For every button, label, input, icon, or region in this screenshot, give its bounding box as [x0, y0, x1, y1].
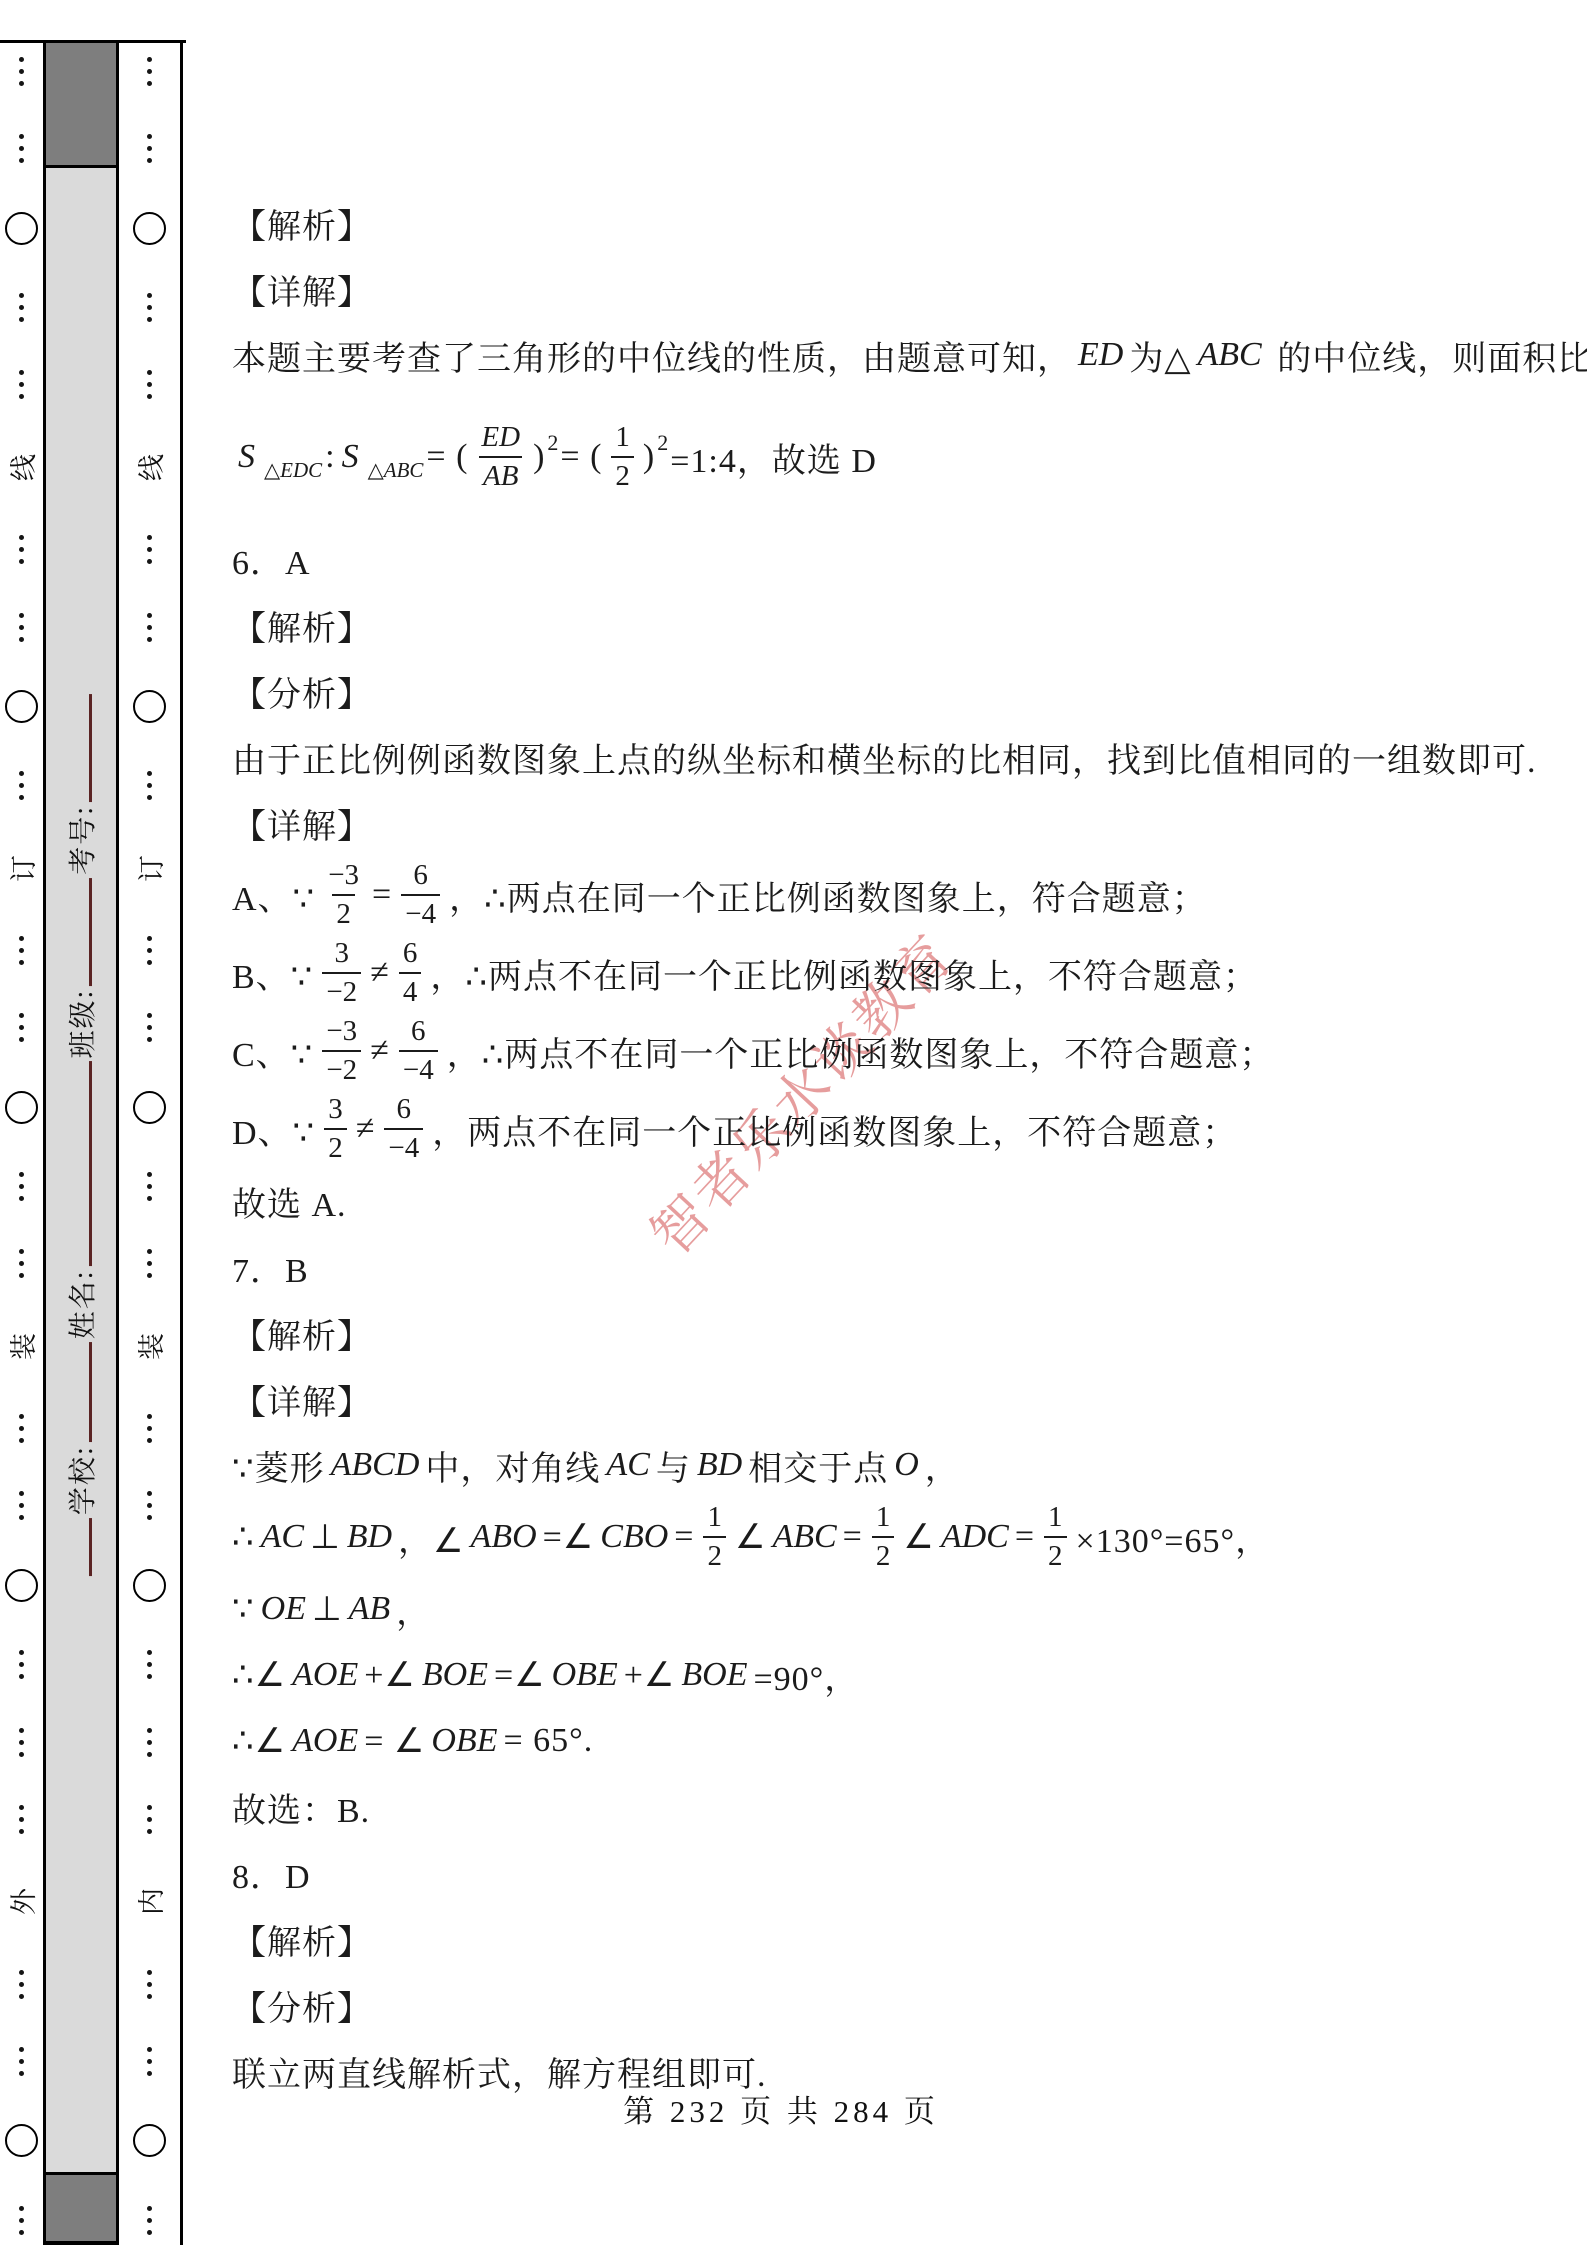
text-run: AOE [292, 1656, 358, 1694]
fraction: 12 [1044, 1503, 1067, 1571]
text-run: ABC [772, 1518, 836, 1556]
content-line: S△EDC:S△ABC= (EDAB)2= (12)2=1:4，故选 D [232, 388, 1553, 526]
text-run: △ABC [368, 458, 424, 483]
dotted-line-segment [147, 1970, 152, 1999]
text-run: ≠ [370, 1032, 390, 1070]
text-run: 故选 A. [232, 1177, 347, 1226]
text-run: ) [533, 438, 545, 476]
text-run: 的中位线，则面积比 [1268, 331, 1587, 380]
text-run: = [1015, 1518, 1035, 1556]
fraction: EDAB [477, 423, 524, 491]
dotted-line-segment [147, 535, 152, 564]
text-run: CBO [600, 1518, 668, 1556]
content-line: D、∵32≠6−4，两点不在同一个正比例函数图象上，不符合题意； [232, 1090, 1553, 1168]
dotted-line-segment [147, 613, 152, 642]
fraction: 64 [399, 939, 422, 1007]
text-run: S [238, 438, 255, 476]
dotted-line-segment [147, 1414, 152, 1443]
text-run: BOE [422, 1656, 488, 1694]
text-run: ，∴两点不在同一个正比例函数图象上，不符合题意； [447, 1027, 1275, 1076]
dotted-line-segment [19, 1172, 24, 1201]
dotted-line-segment [19, 613, 24, 642]
exam-answer-page: 线订装外 学校:姓名:班级:考号: 线订装内 智者乐水谈教育 【解析】【详解】本… [0, 0, 1587, 2245]
text-run: ED [1078, 336, 1123, 374]
text-run: 【解析】 [232, 1915, 372, 1964]
text-run: ABO [471, 1518, 537, 1556]
dotted-line-segment [19, 1805, 24, 1834]
content-line: 【解析】 [232, 1906, 1553, 1972]
text-run: 【详解】 [232, 1375, 372, 1424]
field-label: 学校: [61, 1445, 101, 1515]
binding-char: 线 [130, 454, 169, 481]
text-run: =∠ [543, 1517, 595, 1557]
binding-char: 内 [130, 1888, 169, 1915]
punch-hole-circle [5, 690, 38, 723]
dotted-line-segment [19, 370, 24, 399]
content-line: 7．B [232, 1234, 1553, 1300]
dotted-line-segment [147, 293, 152, 322]
text-run: = [372, 876, 392, 914]
text-run: 故选：B. [232, 1783, 370, 1832]
text-run: ∵ [232, 1589, 255, 1629]
dotted-line-segment [147, 57, 152, 86]
dotted-line-segment [147, 1650, 152, 1679]
text-run: ×130°=65°， [1076, 1513, 1271, 1562]
dotted-line-segment [147, 1249, 152, 1278]
student-info-strip: 学校:姓名:班级:考号: [46, 43, 119, 2245]
binding-char: 订 [130, 855, 169, 882]
fraction: 12 [872, 1503, 895, 1571]
text-run: D、∵ [232, 1105, 315, 1154]
dotted-line-segment [147, 1805, 152, 1834]
content-line: 8．D [232, 1840, 1553, 1906]
gray-block-top [46, 43, 116, 168]
text-run: ，∠ [398, 1513, 464, 1562]
text-run: 2 [657, 430, 668, 456]
dotted-line-segment [147, 134, 152, 163]
dotted-line-segment [19, 1249, 24, 1278]
fraction: −3−2 [322, 1017, 361, 1085]
text-run: =90°， [753, 1651, 859, 1700]
dotted-line-segment [147, 2206, 152, 2235]
fraction: 12 [703, 1503, 726, 1571]
text-run: 8．D [232, 1849, 311, 1898]
text-run: OBE [552, 1656, 618, 1694]
text-run: : [325, 438, 335, 476]
text-run: =1:4，故选 D [670, 433, 877, 482]
text-run: ∠ [735, 1517, 766, 1557]
dotted-line-segment [147, 936, 152, 965]
content-line: 由于正比例例函数图象上点的纵坐标和横坐标的比相同，找到比值相同的一组数即可. [232, 724, 1553, 790]
text-run: A、∵ [232, 871, 315, 920]
dotted-line-segment [147, 2047, 152, 2076]
text-run: ADC [941, 1518, 1009, 1556]
blank-underline [89, 878, 92, 986]
gray-block-bottom [46, 2172, 116, 2245]
content-line: A、∵−32=6−4，∴两点在同一个正比例函数图象上，符合题意； [232, 856, 1553, 934]
blank-underline [89, 694, 92, 802]
dotted-line-segment [19, 1970, 24, 1999]
punch-hole-circle [133, 690, 166, 723]
content-line: ∵OE⊥AB， [232, 1576, 1553, 1642]
content-line: 故选：B. [232, 1774, 1553, 1840]
fraction: −32 [324, 861, 363, 929]
field-label: 班级: [61, 989, 101, 1059]
text-run: = [674, 1518, 694, 1556]
field-label: 姓名: [61, 1270, 101, 1340]
content-line: 故选 A. [232, 1168, 1553, 1234]
text-run: ， [925, 1441, 960, 1490]
dotted-line-segment [147, 1491, 152, 1520]
dotted-line-segment [19, 134, 24, 163]
text-run: +∠ [624, 1655, 676, 1695]
text-run: OE [261, 1590, 306, 1628]
text-run: AB [349, 1590, 391, 1628]
dotted-line-segment [147, 1172, 152, 1201]
dotted-line-segment [147, 370, 152, 399]
blank-underline [89, 1062, 92, 1267]
content-line: 【解析】 [232, 1300, 1553, 1366]
text-run: +∠ [364, 1655, 416, 1695]
text-run: C、∵ [232, 1027, 313, 1076]
text-run: ABC [1197, 336, 1261, 374]
content-line: 6．A [232, 526, 1553, 592]
text-run: ≠ [370, 954, 390, 992]
text-run: 7．B [232, 1243, 309, 1292]
binding-char: 外 [2, 1888, 41, 1915]
text-run: ≠ [356, 1110, 376, 1148]
dotted-line-segment [19, 936, 24, 965]
text-run: ⊥ [310, 1517, 341, 1557]
punch-hole-circle [133, 2124, 166, 2157]
dotted-line-segment [147, 771, 152, 800]
page-footer: 第 232 页 共 284 页 [186, 2086, 1376, 2131]
content-line: ∴AC⊥BD，∠ABO=∠CBO=12∠ABC=12∠ADC=12×130°=6… [232, 1498, 1553, 1576]
binding-char: 装 [2, 1333, 41, 1360]
text-run: 中，对角线 [425, 1441, 600, 1490]
content-line: 【详解】 [232, 256, 1553, 322]
text-run: 6．A [232, 535, 311, 584]
text-run: = ( [560, 438, 602, 476]
dotted-line-segment [19, 57, 24, 86]
text-run: AOE [292, 1722, 358, 1760]
text-run: = ( [426, 438, 468, 476]
dotted-line-segment [19, 1728, 24, 1757]
content-line: 【解析】 [232, 592, 1553, 658]
text-run: 为△ [1129, 331, 1191, 380]
text-run: ) [643, 438, 655, 476]
text-run: ABCD [331, 1446, 420, 1484]
blank-underline [89, 1342, 92, 1442]
punch-hole-circle [133, 212, 166, 245]
answer-content: 【解析】【详解】本题主要考查了三角形的中位线的性质，由题意可知，ED为△ABC … [186, 0, 1587, 2104]
content-line: ∴∠AOE+∠BOE=∠OBE+∠BOE=90°， [232, 1642, 1553, 1708]
text-run: ∴ [232, 1517, 255, 1557]
dotted-line-segment [19, 1650, 24, 1679]
dotted-line-segment [19, 1414, 24, 1443]
dotted-line-segment [19, 293, 24, 322]
text-run: ，两点不在同一个正比例函数图象上，不符合题意； [432, 1105, 1237, 1154]
student-info-fields: 学校:姓名:班级:考号: [61, 691, 101, 1579]
fraction: 6−4 [399, 1017, 438, 1085]
blank-underline [89, 1518, 92, 1576]
text-run: =∠ [494, 1655, 546, 1695]
text-run: AC [606, 1446, 649, 1484]
text-run: 【详解】 [232, 265, 372, 314]
fraction: 32 [324, 1095, 347, 1163]
text-run: AC [261, 1518, 304, 1556]
text-run: BD [697, 1446, 742, 1484]
text-run: ⊥ [312, 1589, 343, 1629]
text-run: 【详解】 [232, 799, 372, 848]
text-run: = ∠ [364, 1721, 425, 1761]
text-run: 本题主要考查了三角形的中位线的性质，由题意可知， [232, 331, 1072, 380]
text-run: BOE [681, 1656, 747, 1694]
text-run: ∠ [903, 1517, 934, 1557]
dotted-line-segment [19, 1491, 24, 1520]
fraction: 6−4 [384, 1095, 423, 1163]
text-run: S [342, 438, 359, 476]
content-line: 【分析】 [232, 658, 1553, 724]
punch-hole-circle [5, 1569, 38, 1602]
fraction: 3−2 [322, 939, 361, 1007]
text-run: 【分析】 [232, 667, 372, 716]
text-run: ，∴两点不在同一个正比例函数图象上，不符合题意； [430, 949, 1258, 998]
text-run: ∴∠ [232, 1655, 286, 1695]
text-run: 与 [656, 1441, 691, 1490]
text-run: O [894, 1446, 919, 1484]
content-line: C、∵−3−2≠6−4，∴两点不在同一个正比例函数图象上，不符合题意； [232, 1012, 1553, 1090]
punch-hole-circle [5, 212, 38, 245]
content-line: 【详解】 [232, 790, 1553, 856]
content-line: B、∵3−2≠64，∴两点不在同一个正比例函数图象上，不符合题意； [232, 934, 1553, 1012]
field-label: 考号: [61, 805, 101, 875]
text-run: OBE [431, 1722, 497, 1760]
dotted-line-segment [19, 771, 24, 800]
text-run: = 65°. [503, 1722, 593, 1760]
text-run: 【解析】 [232, 1309, 372, 1358]
text-run: ，∴两点在同一个正比例函数图象上，符合题意； [449, 871, 1207, 920]
content-line: 本题主要考查了三角形的中位线的性质，由题意可知，ED为△ABC 的中位线，则面积… [232, 322, 1553, 388]
punch-hole-circle [5, 2124, 38, 2157]
text-run: 2 [547, 430, 558, 456]
punch-hole-circle [133, 1091, 166, 1124]
binding-strip-outer: 线订装外 [0, 43, 46, 2245]
binding-char: 线 [2, 454, 41, 481]
binding-strip-inner: 线订装内 [119, 43, 183, 2245]
text-run: 【分析】 [232, 1981, 372, 2030]
content-line: 【解析】 [232, 190, 1553, 256]
text-run: 【解析】 [232, 199, 372, 248]
fraction: 12 [611, 423, 634, 491]
text-run: ， [396, 1585, 431, 1634]
binding-margin: 线订装外 学校:姓名:班级:考号: 线订装内 [0, 0, 186, 2245]
text-run: 相交于点 [748, 1441, 888, 1490]
dotted-line-segment [19, 535, 24, 564]
text-run: BD [347, 1518, 392, 1556]
content-line: ∵菱形ABCD中，对角线AC与BD相交于点O， [232, 1432, 1553, 1498]
text-run: △EDC [264, 458, 322, 483]
punch-hole-circle [5, 1091, 38, 1124]
text-run: ∵菱形 [232, 1441, 325, 1490]
dotted-line-segment [147, 1013, 152, 1042]
binding-char: 装 [130, 1333, 169, 1360]
dotted-line-segment [19, 1013, 24, 1042]
text-run: B、∵ [232, 949, 313, 998]
dotted-line-segment [19, 2047, 24, 2076]
content-line: 【分析】 [232, 1972, 1553, 2038]
text-run: = [843, 1518, 863, 1556]
content-line: ∴∠AOE= ∠OBE= 65°. [232, 1708, 1553, 1774]
binding-char: 订 [2, 855, 41, 882]
text-run: 【解析】 [232, 601, 372, 650]
dotted-line-segment [19, 2206, 24, 2235]
punch-hole-circle [133, 1569, 166, 1602]
text-run: ∴∠ [232, 1721, 286, 1761]
content-line: 【详解】 [232, 1366, 1553, 1432]
text-run: 由于正比例例函数图象上点的纵坐标和横坐标的比相同，找到比值相同的一组数即可. [232, 733, 1537, 782]
fraction: 6−4 [401, 861, 440, 929]
dotted-line-segment [147, 1728, 152, 1757]
